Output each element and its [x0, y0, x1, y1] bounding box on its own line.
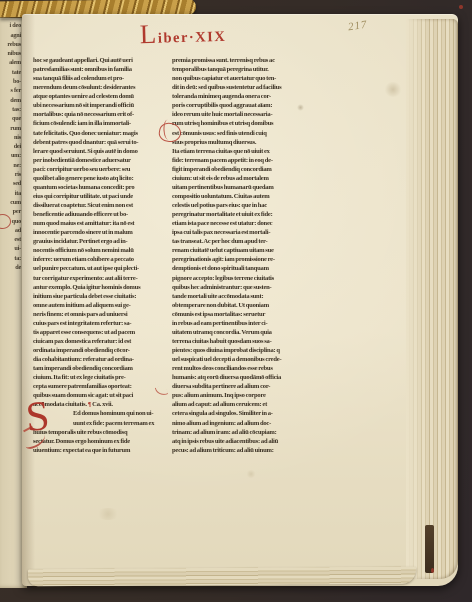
- text-line: fide: terrenam pacem appetit: in eoq de-: [172, 156, 308, 165]
- text-column-left: hoc se gaudeant appellari. Qui autē ueri…: [33, 56, 167, 455]
- text-line: tam imperandi obediendiq concordiam: [33, 364, 167, 373]
- text-line: lerare quod seruiunt. Si quis autē in do…: [33, 147, 167, 156]
- text-line: temporalibus tanquā peregrina utitur.: [172, 65, 308, 74]
- text-line: quibus suam domum sic agat: ut sit paci: [33, 391, 167, 400]
- text-line: non quibus capiatur et auertatur quo ten…: [172, 74, 308, 83]
- text-line: mortalibus: quia nō necessarium erit of-: [33, 110, 167, 119]
- text-line: uiuentium: expectat ea que in futurum: [33, 446, 167, 455]
- text-line: cōmunis est ipsa mortalitas: seruetur: [172, 310, 308, 319]
- text-line: dit in deū: sed quibus sustentetur ad fa…: [172, 83, 308, 92]
- text-line: initium siue particula debet esse ciuita…: [33, 292, 167, 301]
- text-line: cetera singula ad singulos. Similiter in…: [172, 409, 308, 418]
- text-line: ciuicam pax domestica referatur: id est: [33, 337, 167, 346]
- text-line: patresfamilias sunt: omnibus in familia: [33, 65, 167, 74]
- text-line: humanis: atq eorū diuersa quodāmō offici…: [172, 373, 308, 382]
- text-line: premia promissa sunt. terrenisq rebus ac: [172, 56, 308, 65]
- rubricated-initial-S: S: [24, 398, 50, 436]
- text-line: Ed domus hominum qui non ui-: [33, 409, 167, 418]
- text-line: compositio uoluntatum. Ciuitas autem: [172, 192, 308, 201]
- text-line: dissiluerat coaptetur. Sicut enim non es…: [33, 201, 167, 210]
- text-line: rum utrisq hominibus et utrisq domibus: [172, 119, 308, 128]
- text-line: quantum societas humana concedit: pro: [33, 183, 167, 192]
- text-line: demptionis et dono spirituali tanquam: [172, 264, 308, 273]
- text-line: tate felicitatis. Quo donec ueniatur: ma…: [33, 129, 167, 138]
- text-line: dia cohabitantium: referatur ad ordina-: [33, 355, 167, 364]
- text-line: sectatur. Domus ergo hominum ex fide: [33, 437, 167, 446]
- text-line: uel punire peccatum. ut aut ipse qui ple…: [33, 264, 167, 273]
- text-line: uunt ex fide: pacem terrenam ex: [33, 419, 167, 428]
- text-line: pientes: quos diuina improbat disciplina…: [172, 346, 308, 355]
- text-line: grauius incidatur. Pertinet ergo ad in-: [33, 237, 167, 246]
- text-line: renam ciuitatē uelut captiuam uitam sue: [172, 246, 308, 255]
- text-line: merendum deum cōsulunt: desiderantes: [33, 83, 167, 92]
- text-line: nimo alium ad ingenium: ad alium doc-: [172, 419, 308, 428]
- text-line: atque optantes uenire ad celestem domū: [33, 92, 167, 101]
- leather-index-tab: [425, 525, 434, 573]
- text-line: alium ad caput: ad alium ceruicem: et: [172, 400, 308, 409]
- text-line: suus proprius multumq diuersus.: [172, 138, 308, 147]
- text-line: pignore accepto: legibus terrene ciuitat…: [172, 274, 308, 283]
- text-line: diuersa subdita pertinere ad alium cor-: [172, 382, 308, 391]
- text-line: toleranda minimeq augenda onera cor-: [172, 92, 308, 101]
- text-line: quibus hec administrantur: que susten-: [172, 283, 308, 292]
- bottom-edge-leaves: [28, 567, 416, 587]
- text-line: pus: alium animum. Inq ipso corpore: [172, 391, 308, 400]
- text-line: Ita etiam terrena ciuitas que nō uiuit e…: [172, 147, 308, 156]
- text-line: pecus: ad alium triticum: ad aliū uinum:: [172, 446, 308, 455]
- text-line: tur corrigatur experimento: aut alii ter…: [33, 274, 167, 283]
- text-line: ubi necessarium nō sit imperandi officiū: [33, 101, 167, 110]
- text-line: ideo rerum uite huic mortali necessaria-: [172, 110, 308, 119]
- fore-edge-leaves: [406, 19, 458, 579]
- text-line: ordinata imperandi obediendiq cōcor-: [33, 346, 167, 355]
- text-line: tis apparet esse consequens: ut ad pacem: [33, 328, 167, 337]
- text-line: rent multos deos conciliandos esse rebus: [172, 364, 308, 373]
- text-line: peregrinatur mortalitate et uiuit ex fid…: [172, 210, 308, 219]
- text-line: neris finem: et omnis pars ad uniuersi: [33, 310, 167, 319]
- text-line: atq in ipsis rebus uite adiacentibus: ad…: [172, 437, 308, 446]
- text-line: uitatem utramq concordia. Verum quia: [172, 328, 308, 337]
- text-line: trinam: ad alium iram: ad aliū cōcupiam:: [172, 428, 308, 437]
- text-line: ciuium. Ita fit: ut ex lege ciuitatis pr…: [33, 373, 167, 382]
- text-line: nocentis officium nō solum nemini malū: [33, 246, 167, 255]
- text-line: cepta sumere patremfamilias oporteat:: [33, 382, 167, 391]
- photographed-book-page: onis:i deoagnirebusnibusalemtatebo-s fer…: [0, 0, 472, 602]
- text-span: Ca. xvii.: [91, 401, 113, 408]
- text-line: quolibet alio genere pene iusto atq lici…: [33, 174, 167, 183]
- text-line: etiam ista pace necesse est utatur: done…: [172, 219, 308, 228]
- text-line: innocentie parcendo sinere ut in malum: [33, 228, 167, 237]
- text-line: antur exemplo. Quia igitur hominis domus: [33, 283, 167, 292]
- text-line: paci: corripitur uerbo seu uerbere: seu: [33, 165, 167, 174]
- text-column-right: premia promissa sunt. terrenisq rebus ac…: [172, 56, 308, 455]
- text-line: peregrinationis agit: iam promissione re…: [172, 255, 308, 264]
- text-line: tande mortali uite accōmodata sunt:: [172, 292, 308, 301]
- text-line: poris corruptibilis quod aggrauat aīam:: [172, 101, 308, 110]
- text-line: figit imperandi obediendiq concordiam: [172, 165, 308, 174]
- text-line: per inobedientiā domestice aduersatur: [33, 156, 167, 165]
- text-line: est cōmunis usus: sed finis utendi cuiq: [172, 129, 308, 138]
- text-line: inferre: uerum etiam cohibere a peccato: [33, 255, 167, 264]
- running-title: Liber·XIX: [118, 16, 249, 51]
- text-line: uitam pertinentibus humanarū quedam: [172, 183, 308, 192]
- fore-edge-fade: [406, 19, 429, 579]
- text-line: terrena ciuitas habuit quosdam suos sa-: [172, 337, 308, 346]
- text-line: ipsa cui talis pax necessaria est mortal…: [172, 228, 308, 237]
- text-line: eius qui corripitur utilitate. ut paci u…: [33, 192, 167, 201]
- text-line: num quod maius est amittatur: ita nō est: [33, 219, 167, 228]
- text-line: hoc se gaudeant appellari. Qui autē ueri: [33, 56, 167, 65]
- text-line: obtemperare non dubitat. Ut quoniam: [172, 301, 308, 310]
- text-line: tas transeat. Ac per hoc dum apud ter-: [172, 237, 308, 246]
- red-speck-bottom: [431, 568, 434, 573]
- text-line: beneficentie adiuuando efficere ut bo-: [33, 210, 167, 219]
- text-line: ciuium: ut sit eis de rebus ad mortalem: [172, 174, 308, 183]
- text-line: uel suspicati uel decepti a demonibus cr…: [172, 355, 308, 364]
- text-line: cuius pars est integritatem refertur: sa…: [33, 319, 167, 328]
- text-line: sua tanquā filiis ad colendum et pro-: [33, 74, 167, 83]
- red-speck-top: [459, 5, 463, 9]
- text-line: ficium cōsulendi: iam in illa immortali-: [33, 119, 167, 128]
- text-line: debent patres quod dnantur: quā serui to…: [33, 138, 167, 147]
- text-line: accōmodata ciuitatis. ¶ Ca. xvii.: [33, 400, 167, 409]
- text-line: huius temporalis uite rebus cōmodisq: [33, 428, 167, 437]
- text-line: in rebus ad eam pertinentibus inter ci-: [172, 319, 308, 328]
- text-line: celestis uel potius pars eius: que in ha…: [172, 201, 308, 210]
- text-line: omne autem initium ad aliquem sui ge-: [33, 301, 167, 310]
